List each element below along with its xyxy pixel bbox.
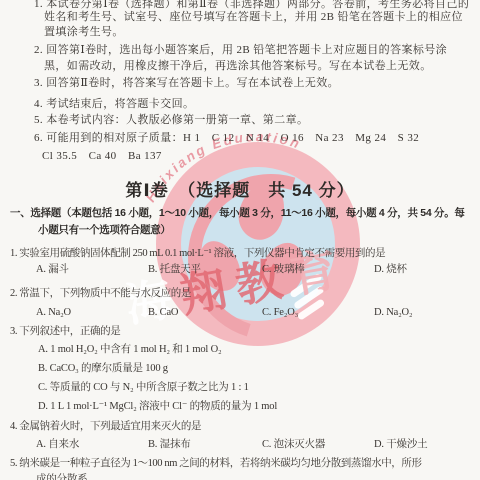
section-intro-line-2: 小题只有一个选项符合题意）: [38, 223, 171, 238]
question-1-option-c: C. 玻璃棒: [262, 262, 305, 277]
exam-paper-page: Haixiang Education 海 翔 教 育 1. 本试卷分第Ⅰ卷（选择…: [0, 0, 480, 480]
instruction-line-8: 5. 本卷考试内容：人教版必修第一册第一章、第二章。: [34, 113, 308, 128]
question-2-option-c: C. Fe₂O₃: [262, 305, 298, 320]
section-title: 第Ⅰ卷 （选择题 共 54 分）: [0, 176, 480, 201]
question-1-option-a: A. 漏斗: [36, 262, 69, 277]
question-1-stem: 1. 实验室用硫酸钠固体配制 250 mL 0.1 mol·L⁻¹ 溶液，下列仪…: [10, 246, 385, 261]
instruction-line-7: 4. 考试结束后，将答题卡交回。: [34, 97, 194, 112]
instruction-line-5: 黑，如需改动，用橡皮擦干净后，再选涂其他答案标号。写在本试卷上无效。: [44, 59, 432, 74]
question-4-option-a: A. 自来水: [36, 437, 79, 452]
question-3-stem: 3. 下列叙述中，正确的是: [10, 324, 120, 339]
instruction-line-4: 2. 回答第Ⅰ卷时，选出每小题答案后，用 2B 铅笔把答题卡上对应题目的答案标号…: [34, 43, 447, 58]
exam-content: 1. 本试卷分第Ⅰ卷（选择题）和第Ⅱ卷（非选择题）两部分。答卷前，考生务必将自己…: [0, 0, 480, 480]
question-2-option-a: A. Na₂O: [36, 305, 71, 320]
question-4-stem: 4. 金属钠着火时，下列最适宜用来灭火的是: [10, 419, 201, 434]
question-4-option-b: B. 湿抹布: [148, 437, 191, 452]
question-2-option-d: D. Na₂O₂: [374, 305, 412, 320]
question-4-option-c: C. 泡沫灭火器: [262, 437, 325, 452]
section-intro-line-1: 一、选择题（本题包括 16 小题，1～10 小题，每小题 3 分，11～16 小…: [10, 206, 465, 221]
instruction-line-3: 置填涂考生号。: [44, 25, 124, 40]
question-5-stem: 5. 纳米碳是一种粒子直径为 1～100 nm 之间的材料，若将纳米碳均匀地分散…: [10, 456, 422, 471]
question-3-option-c: C. 等质量的 CO 与 N₂ 中所含原子数之比为 1 : 1: [38, 380, 249, 395]
question-1-option-b: B. 托盘天平: [148, 262, 201, 277]
question-2-option-b: B. CaO: [148, 305, 178, 320]
question-5-continuation: 成的分散系: [36, 472, 88, 480]
question-4-option-d: D. 干燥沙土: [374, 437, 427, 452]
instruction-line-10: Cl 35.5 Ca 40 Ba 137: [42, 149, 162, 164]
question-1-option-d: D. 烧杯: [374, 262, 407, 277]
question-3-option-a: A. 1 mol H₂O₂ 中含有 1 mol H₂ 和 1 mol O₂: [38, 342, 221, 357]
instruction-line-9: 6. 可能用到的相对原子质量：H 1 C 12 N 14 O 16 Na 23 …: [34, 131, 419, 146]
question-3-option-b: B. CaCO₃ 的摩尔质量是 100 g: [38, 361, 168, 376]
question-2-stem: 2. 常温下，下列物质中不能与水反应的是: [10, 286, 191, 301]
question-3-option-d: D. 1 L 1 mol·L⁻¹ MgCl₂ 溶液中 Cl⁻ 的物质的量为 1 …: [38, 399, 277, 414]
instruction-line-2: 姓名和考生号、试室号、座位号填写在答题卡上，并用 2B 铅笔在答题卡上的相应位: [44, 10, 463, 25]
instruction-line-6: 3. 回答第Ⅱ卷时，将答案写在答题卡上。写在本试卷上无效。: [34, 76, 339, 91]
